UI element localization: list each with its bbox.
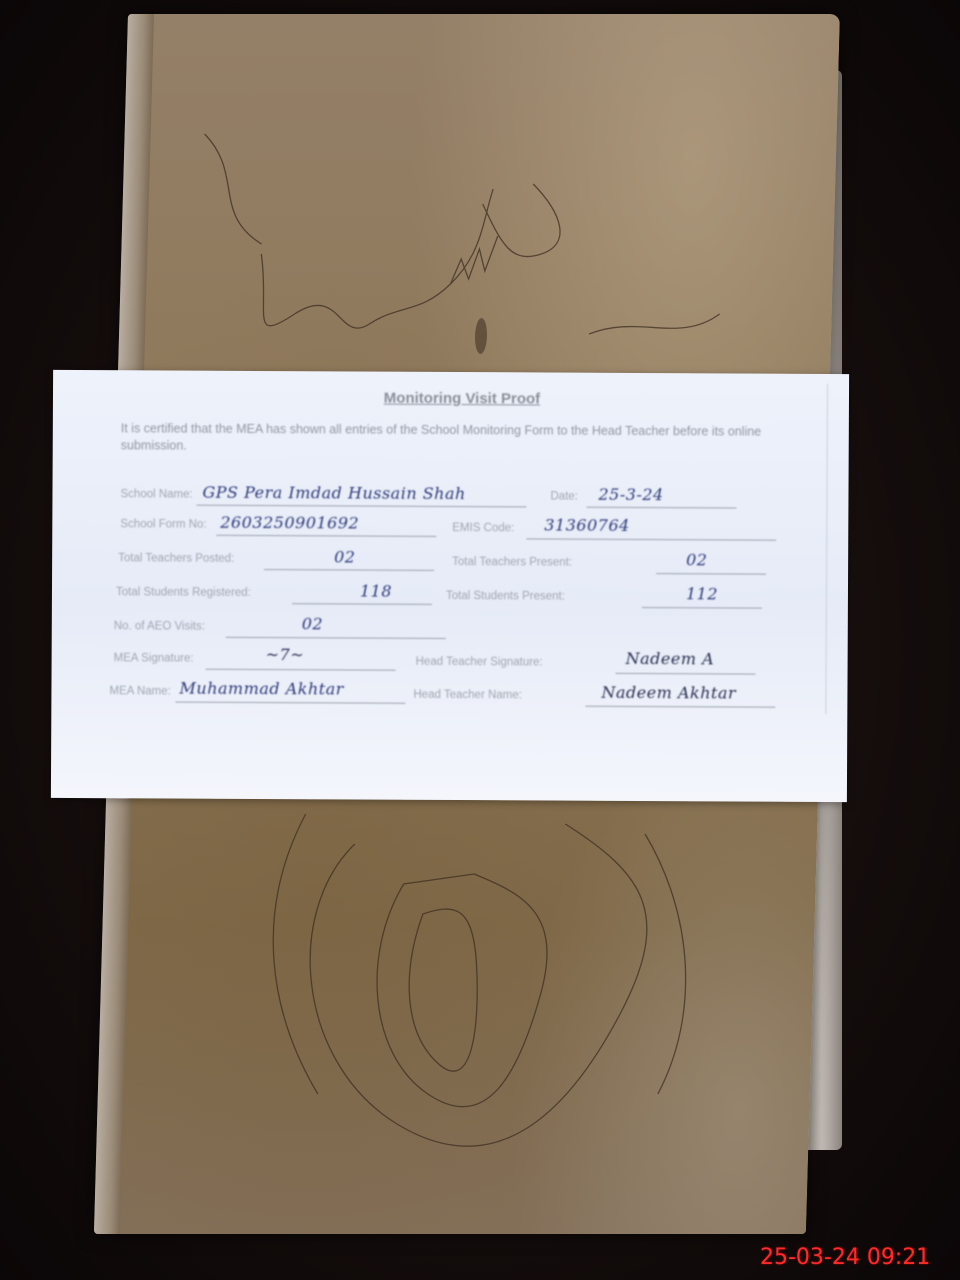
total-teachers-present-value: 02	[686, 550, 707, 569]
head-teacher-name-line	[585, 706, 775, 708]
head-teacher-name-value: Nadeem Akhtar	[601, 683, 736, 703]
mea-signature-value: ~7~	[266, 645, 305, 664]
school-name-label: School Name:	[120, 488, 192, 500]
mea-name-value: Muhammad Akhtar	[179, 679, 344, 699]
mea-name-line	[175, 702, 405, 704]
total-students-present-label: Total Students Present:	[446, 590, 565, 603]
certification-text: It is certified that the MEA has shown a…	[121, 420, 801, 458]
total-students-present-value: 112	[686, 584, 718, 603]
total-students-registered-label: Total Students Registered:	[116, 586, 251, 599]
emis-code-value: 31360764	[544, 515, 630, 534]
aeo-visits-label: No. of AEO Visits:	[114, 620, 205, 632]
school-name-line	[196, 505, 526, 508]
form-title: Monitoring Visit Proof	[97, 388, 827, 409]
form-body: Monitoring Visit Proof It is certified t…	[95, 380, 828, 714]
aeo-visits-value: 02	[302, 614, 323, 633]
camera-timestamp: 25-03-24 09:21	[760, 1245, 930, 1270]
total-students-present-line	[642, 607, 762, 609]
monitoring-visit-proof-slip: Monitoring Visit Proof It is certified t…	[51, 370, 849, 802]
head-teacher-signature-label: Head Teacher Signature:	[416, 656, 543, 669]
emis-code-label: EMIS Code:	[452, 522, 514, 534]
emis-code-line	[526, 538, 776, 540]
school-form-no-label: School Form No:	[120, 518, 206, 530]
head-teacher-signature-line	[616, 673, 756, 675]
total-students-registered-line	[292, 603, 432, 605]
total-teachers-present-line	[656, 573, 766, 575]
total-teachers-present-label: Total Teachers Present:	[452, 556, 572, 569]
head-teacher-signature-value: Nadeem A	[626, 649, 715, 668]
school-form-no-line	[216, 535, 436, 537]
date-line	[586, 507, 736, 509]
date-value: 25-3-24	[598, 485, 663, 504]
school-form-no-value: 2603250901692	[220, 513, 359, 533]
mea-name-label: MEA Name:	[109, 685, 170, 697]
school-name-value: GPS Pera Imdad Hussain Shah	[202, 483, 465, 503]
mea-signature-label: MEA Signature:	[114, 652, 194, 664]
total-teachers-posted-line	[264, 569, 434, 571]
date-label: Date:	[550, 491, 578, 503]
total-students-registered-value: 118	[360, 582, 392, 601]
mea-signature-line	[206, 669, 396, 671]
total-teachers-posted-label: Total Teachers Posted:	[118, 552, 234, 565]
aeo-visits-line	[226, 637, 446, 639]
head-teacher-name-label: Head Teacher Name:	[413, 689, 522, 702]
total-teachers-posted-value: 02	[334, 547, 355, 566]
